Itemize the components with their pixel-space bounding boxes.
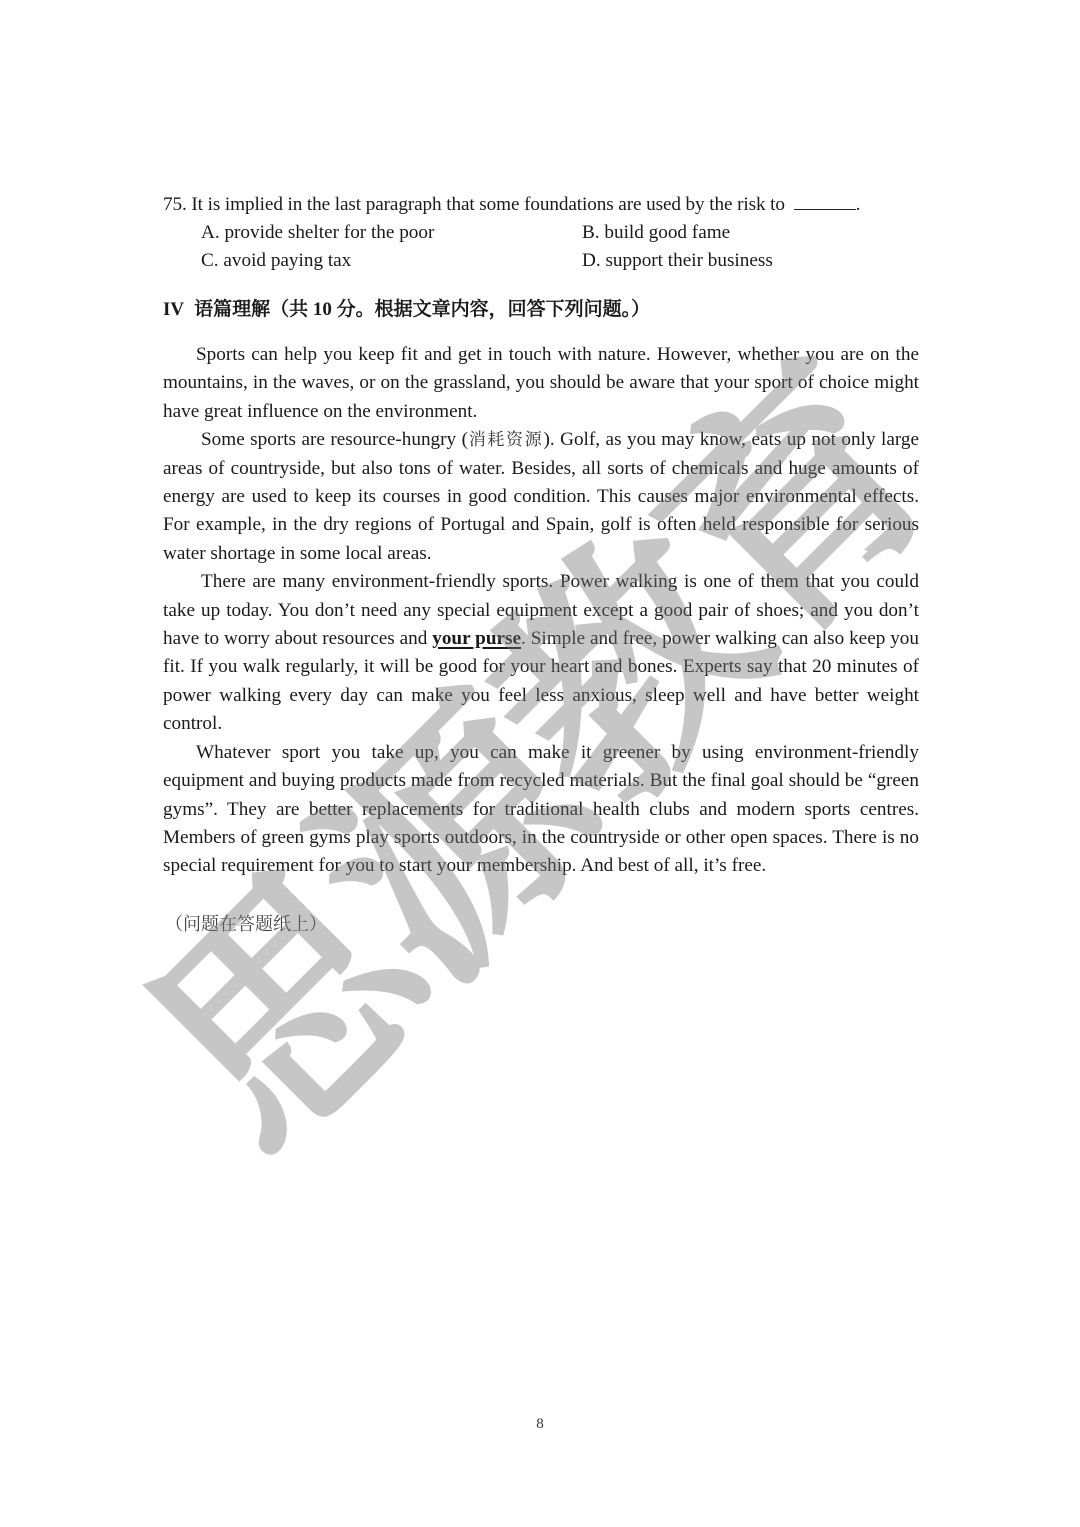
paragraph-2-text-a: Some sports are resource-hungry ( [201, 429, 468, 450]
answer-sheet-note: （问题在答题纸上） [165, 911, 327, 939]
section-heading: IV语篇理解（共 10 分。根据文章内容，回答下列问题。） [163, 296, 650, 324]
section-title: 语篇理解（共 10 分。根据文章内容，回答下列问题。） [194, 299, 650, 320]
page-number: 8 [0, 1416, 1080, 1433]
underlined-phrase: your purse [432, 628, 521, 649]
paragraph-1: Sports can help you keep fit and get in … [163, 341, 919, 426]
reading-passage: Sports can help you keep fit and get in … [163, 341, 919, 881]
paragraph-3: There are many environment-friendly spor… [163, 568, 919, 738]
section-numeral: IV [163, 299, 184, 320]
option-a: A. provide shelter for the poor [201, 219, 434, 247]
paragraph-4: Whatever sport you take up, you can make… [163, 739, 919, 881]
question-75-stem: 75. It is implied in the last paragraph … [163, 191, 860, 219]
option-d: D. support their business [582, 247, 773, 275]
question-75-period: . [856, 194, 861, 215]
option-c: C. avoid paying tax [201, 247, 351, 275]
answer-blank [794, 192, 856, 210]
question-75-text: 75. It is implied in the last paragraph … [163, 194, 785, 215]
option-b: B. build good fame [582, 219, 730, 247]
chinese-gloss: 消耗资源 [468, 430, 543, 450]
paragraph-2: Some sports are resource-hungry (消耗资源). … [163, 426, 919, 568]
exam-page: 75. It is implied in the last paragraph … [0, 0, 1080, 1527]
